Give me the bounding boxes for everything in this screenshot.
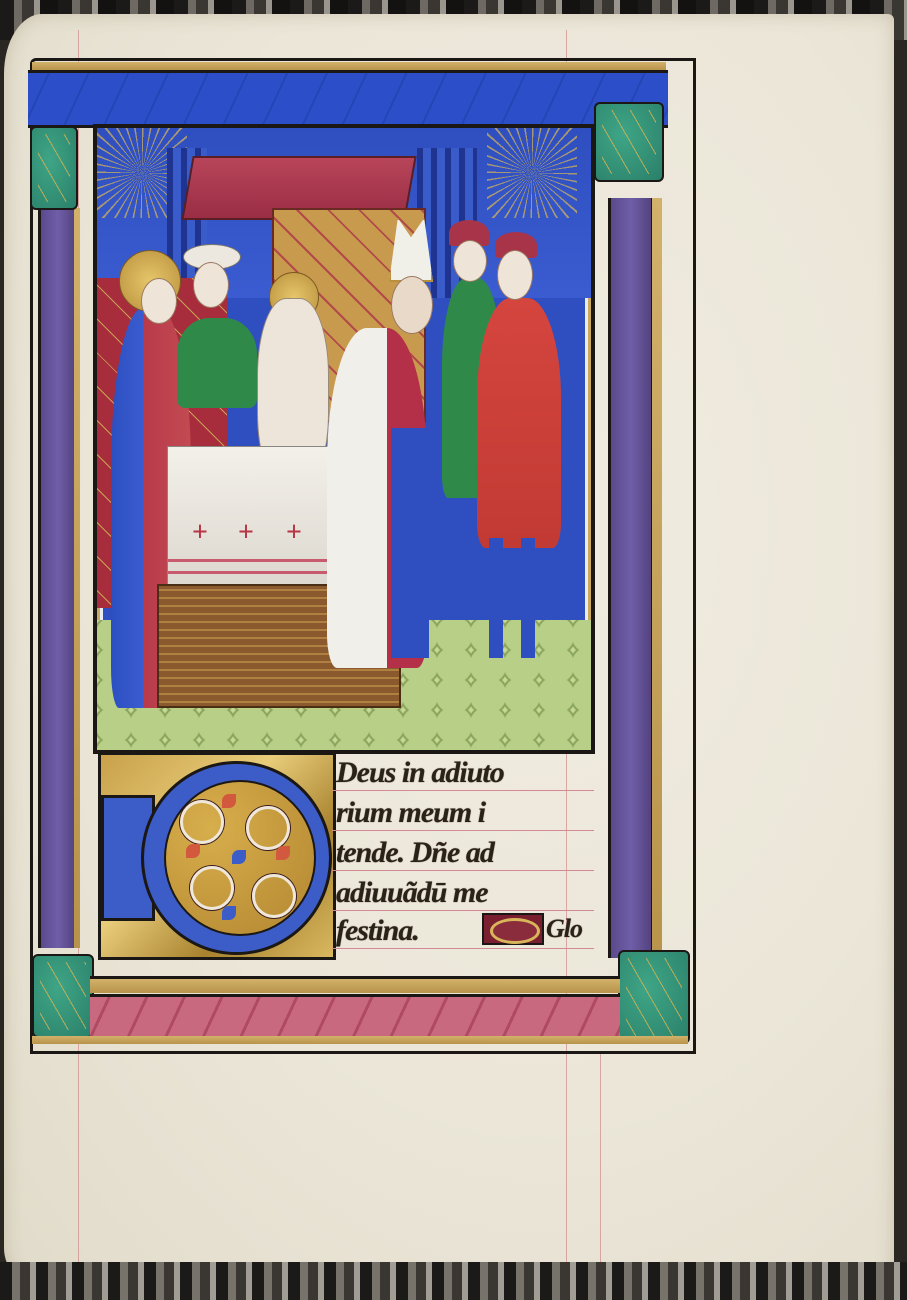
figure-joseph-red (477, 298, 561, 548)
gold-strip-left (74, 208, 80, 948)
capital-bottom-left (32, 954, 94, 1038)
leg-blue (521, 538, 535, 658)
latin-text-block: Deus in adiuto rium meum i tende. Dñe ad… (332, 752, 594, 952)
leg-blue (489, 538, 503, 658)
leaf-icon (222, 906, 236, 920)
text-line-4: adiuuãdū me (336, 876, 488, 912)
head-joseph (497, 250, 533, 300)
line-filler-rubric (482, 913, 544, 945)
simeon-legs (391, 428, 429, 658)
leaf-icon (222, 794, 236, 808)
text-line-5: festina. (336, 914, 419, 950)
left-column (38, 208, 78, 948)
leaf-icon (186, 844, 200, 858)
right-column (608, 198, 654, 958)
book-edge-bottom (0, 1262, 907, 1300)
ruling-line-lower (600, 1054, 601, 1284)
gold-strip-bottom (32, 1036, 688, 1044)
vine-scroll-icon (180, 800, 224, 844)
capital-top-right (594, 102, 664, 182)
initial-letter-bowl (141, 761, 332, 955)
cross-icon: + (192, 517, 208, 549)
miniature-presentation-in-temple: + + + (93, 124, 595, 754)
text-line-2: rium meum i (336, 796, 485, 832)
capital-bottom-right (618, 950, 690, 1044)
vine-scroll-icon (252, 874, 296, 918)
vine-scroll-icon (190, 866, 234, 910)
text-line-1: Deus in adiuto (336, 756, 504, 792)
text-gloria-abbrev: Glo (546, 914, 582, 950)
initial-vine-field (164, 780, 316, 936)
gold-strip-top (32, 62, 666, 70)
cross-icon: + (238, 517, 254, 549)
gold-strip-right (652, 198, 662, 988)
leaf-icon (276, 846, 290, 860)
blue-band-top (28, 70, 668, 128)
cross-icon: + (286, 517, 302, 549)
historiated-initial-D (98, 752, 336, 960)
head-maid (193, 262, 229, 308)
figure-maid-green (177, 318, 257, 408)
head-mary (141, 278, 177, 324)
vine-scroll-icon (246, 806, 290, 850)
divine-rays-right (487, 128, 577, 218)
leaf-icon (232, 850, 246, 864)
capital-top-left (30, 126, 78, 210)
scroll-ornament-icon (490, 918, 540, 944)
head-simeon (391, 276, 433, 334)
gold-strip-bottom-inner (90, 976, 620, 993)
text-line-3: tende. Dñe ad (336, 836, 494, 872)
head-young-man-1 (453, 240, 487, 282)
